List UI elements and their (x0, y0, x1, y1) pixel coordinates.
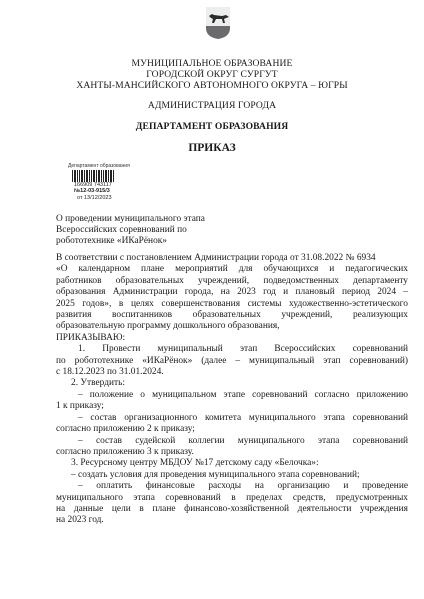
order-body: В соответствии с постановлением Админист… (56, 253, 408, 527)
item-1-line: по робототехнике «ИКаРёнок» (далее – мун… (56, 356, 408, 367)
header-administration: АДМИНИСТРАЦИЯ ГОРОДА (0, 100, 424, 111)
preamble-line: образовательную программу дошкольного об… (56, 321, 408, 332)
header-autonomous-okrug: ХАНТЫ-МАНСИЙСКОГО АВТОНОМНОГО ОКРУГА – Ю… (0, 80, 424, 91)
registration-stamp: Департамент образования 166909 743117 №1… (64, 163, 144, 201)
subject-line: робототехнике «ИКаРёнок» (56, 236, 205, 247)
item-3-subitem-line: муниципального этапа соревнований в пред… (56, 493, 408, 504)
item-1-line: 1. Провести муниципальный этап Всероссий… (56, 344, 408, 355)
header-department: ДЕПАРТАМЕНТ ОБРАЗОВАНИЯ (0, 121, 424, 132)
subject-line: О проведении муниципального этапа (56, 214, 205, 225)
coat-of-arms-icon (205, 6, 231, 40)
item-3-subitem-line: – оплатить финансовые расходы на организ… (56, 481, 408, 492)
subject-line: Всероссийских соревнований по (56, 225, 205, 236)
preamble-line: 2025 годов», в целях совершенствования с… (56, 299, 408, 310)
preamble-line: «О календарном плане мероприятий для обу… (56, 264, 408, 275)
document-type-title: ПРИКАЗ (0, 142, 424, 154)
header-city-district: ГОРОДСКОЙ ОКРУГ СУРГУТ (0, 69, 424, 80)
item-3-subitem-line: – создать условия для проведения муницип… (56, 470, 408, 481)
item-1-line: с 18.12.2023 по 31.01.2024. (56, 367, 408, 378)
item-2-subitem-line: – состав организационного комитета муниц… (56, 413, 408, 424)
item-2-title: 2. Утвердить: (56, 378, 408, 389)
order-word: ПРИКАЗЫВАЮ: (56, 333, 408, 344)
item-2-subitem-line: согласно приложению 3 к приказу. (56, 447, 408, 458)
barcode (72, 170, 144, 182)
item-2-subitem-line: – положение о муниципальном этапе соревн… (56, 390, 408, 401)
preamble-line: работников образовательных учреждений, п… (56, 276, 408, 287)
item-2-subitem-line: согласно приложению 2 к приказу; (56, 424, 408, 435)
order-subject: О проведении муниципального этапа Всерос… (56, 214, 205, 248)
item-3-subitem-line: на 2023 год. (56, 515, 408, 526)
preamble-line: образования Администрации города, на 202… (56, 287, 408, 298)
header-municipality: МУНИЦИПАЛЬНОЕ ОБРАЗОВАНИЕ (0, 58, 424, 69)
registration-date: от 13/12/2023 (64, 195, 144, 201)
preamble-line: В соответствии с постановлением Админист… (56, 253, 408, 264)
item-2-subitem-line: – состав судейской коллегии муниципально… (56, 436, 408, 447)
preamble-line: развития воспитанников образовательных у… (56, 310, 408, 321)
item-3-title: 3. Ресурсному центру МБДОУ №17 детскому … (56, 458, 408, 469)
item-3-subitem-line: на данные цели в плане финансово-хозяйст… (56, 504, 408, 515)
stamp-department: Департамент образования (64, 163, 144, 169)
document-page: МУНИЦИПАЛЬНОЕ ОБРАЗОВАНИЕ ГОРОДСКОЙ ОКРУ… (0, 0, 424, 599)
item-2-subitem-line: 1 к приказу; (56, 401, 408, 412)
